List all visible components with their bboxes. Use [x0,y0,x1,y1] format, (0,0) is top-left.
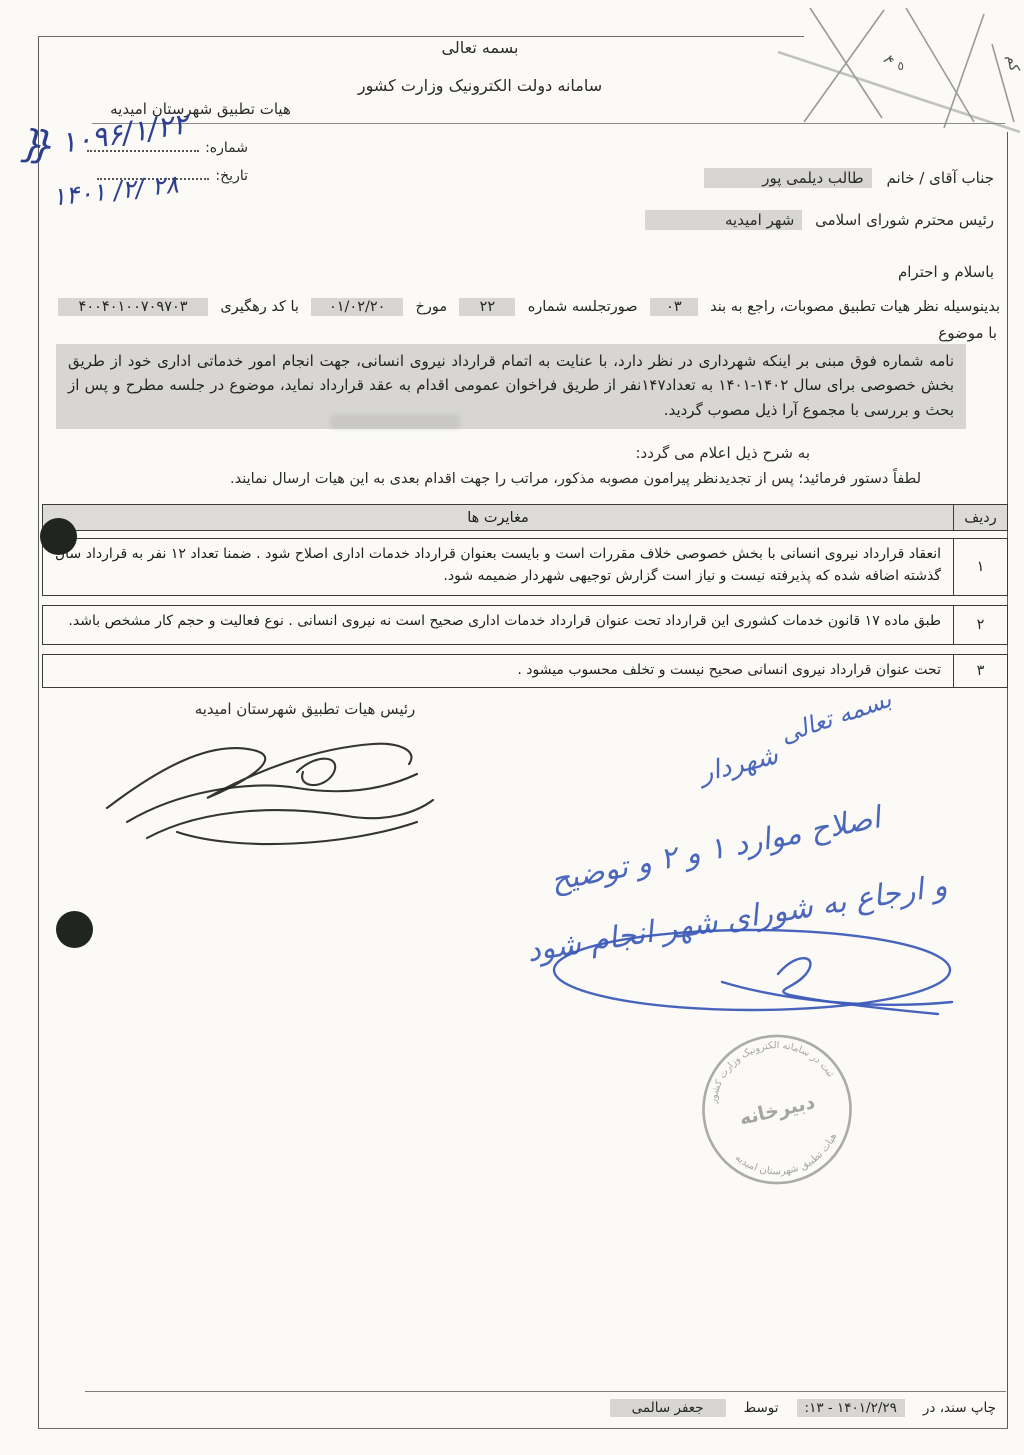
reference-intro: بدینوسیله نظر هیات تطبیق مصوبات، راجع به… [710,299,1000,315]
session-date-highlight: ۰۱/۰۲/۲۰ [311,298,403,316]
system-title: سامانه دولت الکترونیک وزارت کشور [290,76,670,95]
hole-punch-top [40,518,77,555]
annotation-line-3: اصلاح موارد ۱ و ۲ و توضیح [548,800,884,898]
approval-oval-signature [540,922,970,1027]
session-number-highlight: ۲۲ [459,298,515,316]
fold-cross-line-2 [804,10,884,122]
letterhead-rule [92,123,1005,124]
page-border-right [1007,132,1008,1428]
page-border-bottom [38,1428,1008,1429]
reference-dated-label: مورخ [416,299,448,315]
print-datetime: :۱۳ - ۱۴۰۱/۲/۲۹ [797,1399,905,1417]
greeting-text: باسلام و احترام [898,263,994,281]
signature-stroke-3 [147,800,433,838]
signature-stroke-1 [107,744,411,808]
printed-by-name: جعفر سالمی [610,1399,726,1417]
svg-text:هیات تطبیق شهرستان امیدیه: هیات تطبیق شهرستان امیدیه [731,1130,845,1188]
number-label: شماره: [205,140,248,156]
bismillah-text: بسمه تعالی [310,38,650,57]
row-text-cell: طبق ماده ۱۷ قانون خدمات کشوری این قراردا… [43,606,953,644]
discrepancy-table: ردیف مغایرت ها ۱ انعقاد قرارداد نیروی ان… [42,504,1008,688]
hole-punch-bottom [56,911,93,948]
header-cell-row-no: ردیف [953,505,1007,530]
handwritten-braces: {{ [20,121,45,167]
tracking-code-highlight: ۴۰۰۴۰۱۰۰۷۰۹۷۰۳ [58,298,208,316]
fold-handwriting-1: ۴ [879,52,899,68]
reference-tracking-label: با کد رهگیری [220,299,299,315]
recipient-title-line: رئیس محترم شورای اسلامی شهر امیدیه [645,210,994,230]
document-page: ۴ ٥ كم بسمه تعالی سامانه دولت الکترونیک … [0,0,1024,1455]
reference-line: بدینوسیله نظر هیات تطبیق مصوبات، راجع به… [58,298,1000,316]
footer-rule [85,1391,1006,1392]
table-row: ۱ انعقاد قرارداد نیروی انسانی با بخش خصو… [42,538,1008,596]
instruction-text: لطفاً دستور فرمائید؛ پس از تجدیدنظر پیرا… [230,471,921,487]
clause-number-highlight: ۰۳ [650,298,698,316]
row-text-cell: انعقاد قرارداد نیروی انسانی با بخش خصوصی… [43,539,953,595]
recipient-city-highlight: شهر امیدیه [645,210,802,230]
row-number-cell: ۳ [953,655,1007,687]
row-number-cell: ۲ [953,606,1007,644]
oval-tail [722,982,952,1005]
oval-stroke [554,930,950,1010]
annotation-line-2: شهردار [697,740,781,788]
table-row: ۳ تحت عنوان قرارداد نیروی انسانی صحیح نی… [42,654,1008,688]
subject-label: با موضوع [938,324,997,342]
fold-v-line-2 [944,14,984,128]
fold-handwriting-3: كم [1004,55,1022,73]
recipient-title: رئیس محترم شورای اسلامی [815,211,994,229]
page-border-left [38,36,39,1428]
date-label: تاریخ: [215,168,248,184]
header-cell-discrepancies: مغایرت ها [43,505,953,530]
table-header: ردیف مغایرت ها [42,504,1008,531]
secretariat-stamp: ثبت در سامانه الکترونیک وزارت کشور دبیرخ… [655,1001,899,1219]
recipient-name-line: جناب آقای / خانم طالب دیلمی پور [704,168,994,188]
stamp-center-text: دبیرخانه [737,1090,817,1130]
row-text-cell: تحت عنوان قرارداد نیروی انسانی صحیح نیست… [43,655,953,687]
fold-handwriting-2: ٥ [898,59,904,73]
signature-scribble [85,712,465,852]
by-label: توسط [744,1400,779,1416]
signature-stroke-5 [177,822,417,844]
recipient-name-highlight: طالب دیلمی پور [704,168,872,188]
print-label: چاپ سند، در [923,1400,996,1416]
declaration-text: به شرح ذیل اعلام می گردد: [635,444,810,462]
reference-after-clause: صورتجلسه شماره [528,299,638,315]
signature-stroke-4 [297,759,335,785]
stamp-bottom-arc-text: هیات تطبیق شهرستان امیدیه [731,1130,845,1188]
row-number-cell: ۱ [953,539,1007,595]
table-row: ۲ طبق ماده ۱۷ قانون خدمات کشوری این قرار… [42,605,1008,645]
annotation-line-1: بسمه تعالی [777,685,895,749]
recipient-salutation: جناب آقای / خانم [887,169,995,187]
subject-paragraph: نامه شماره فوق مبنی بر اینکه شهرداری در … [56,344,966,429]
signature-stroke-2 [127,774,417,822]
scan-smudge [330,414,460,430]
footer: چاپ سند، در :۱۳ - ۱۴۰۱/۲/۲۹ توسط جعفر سا… [610,1399,996,1417]
